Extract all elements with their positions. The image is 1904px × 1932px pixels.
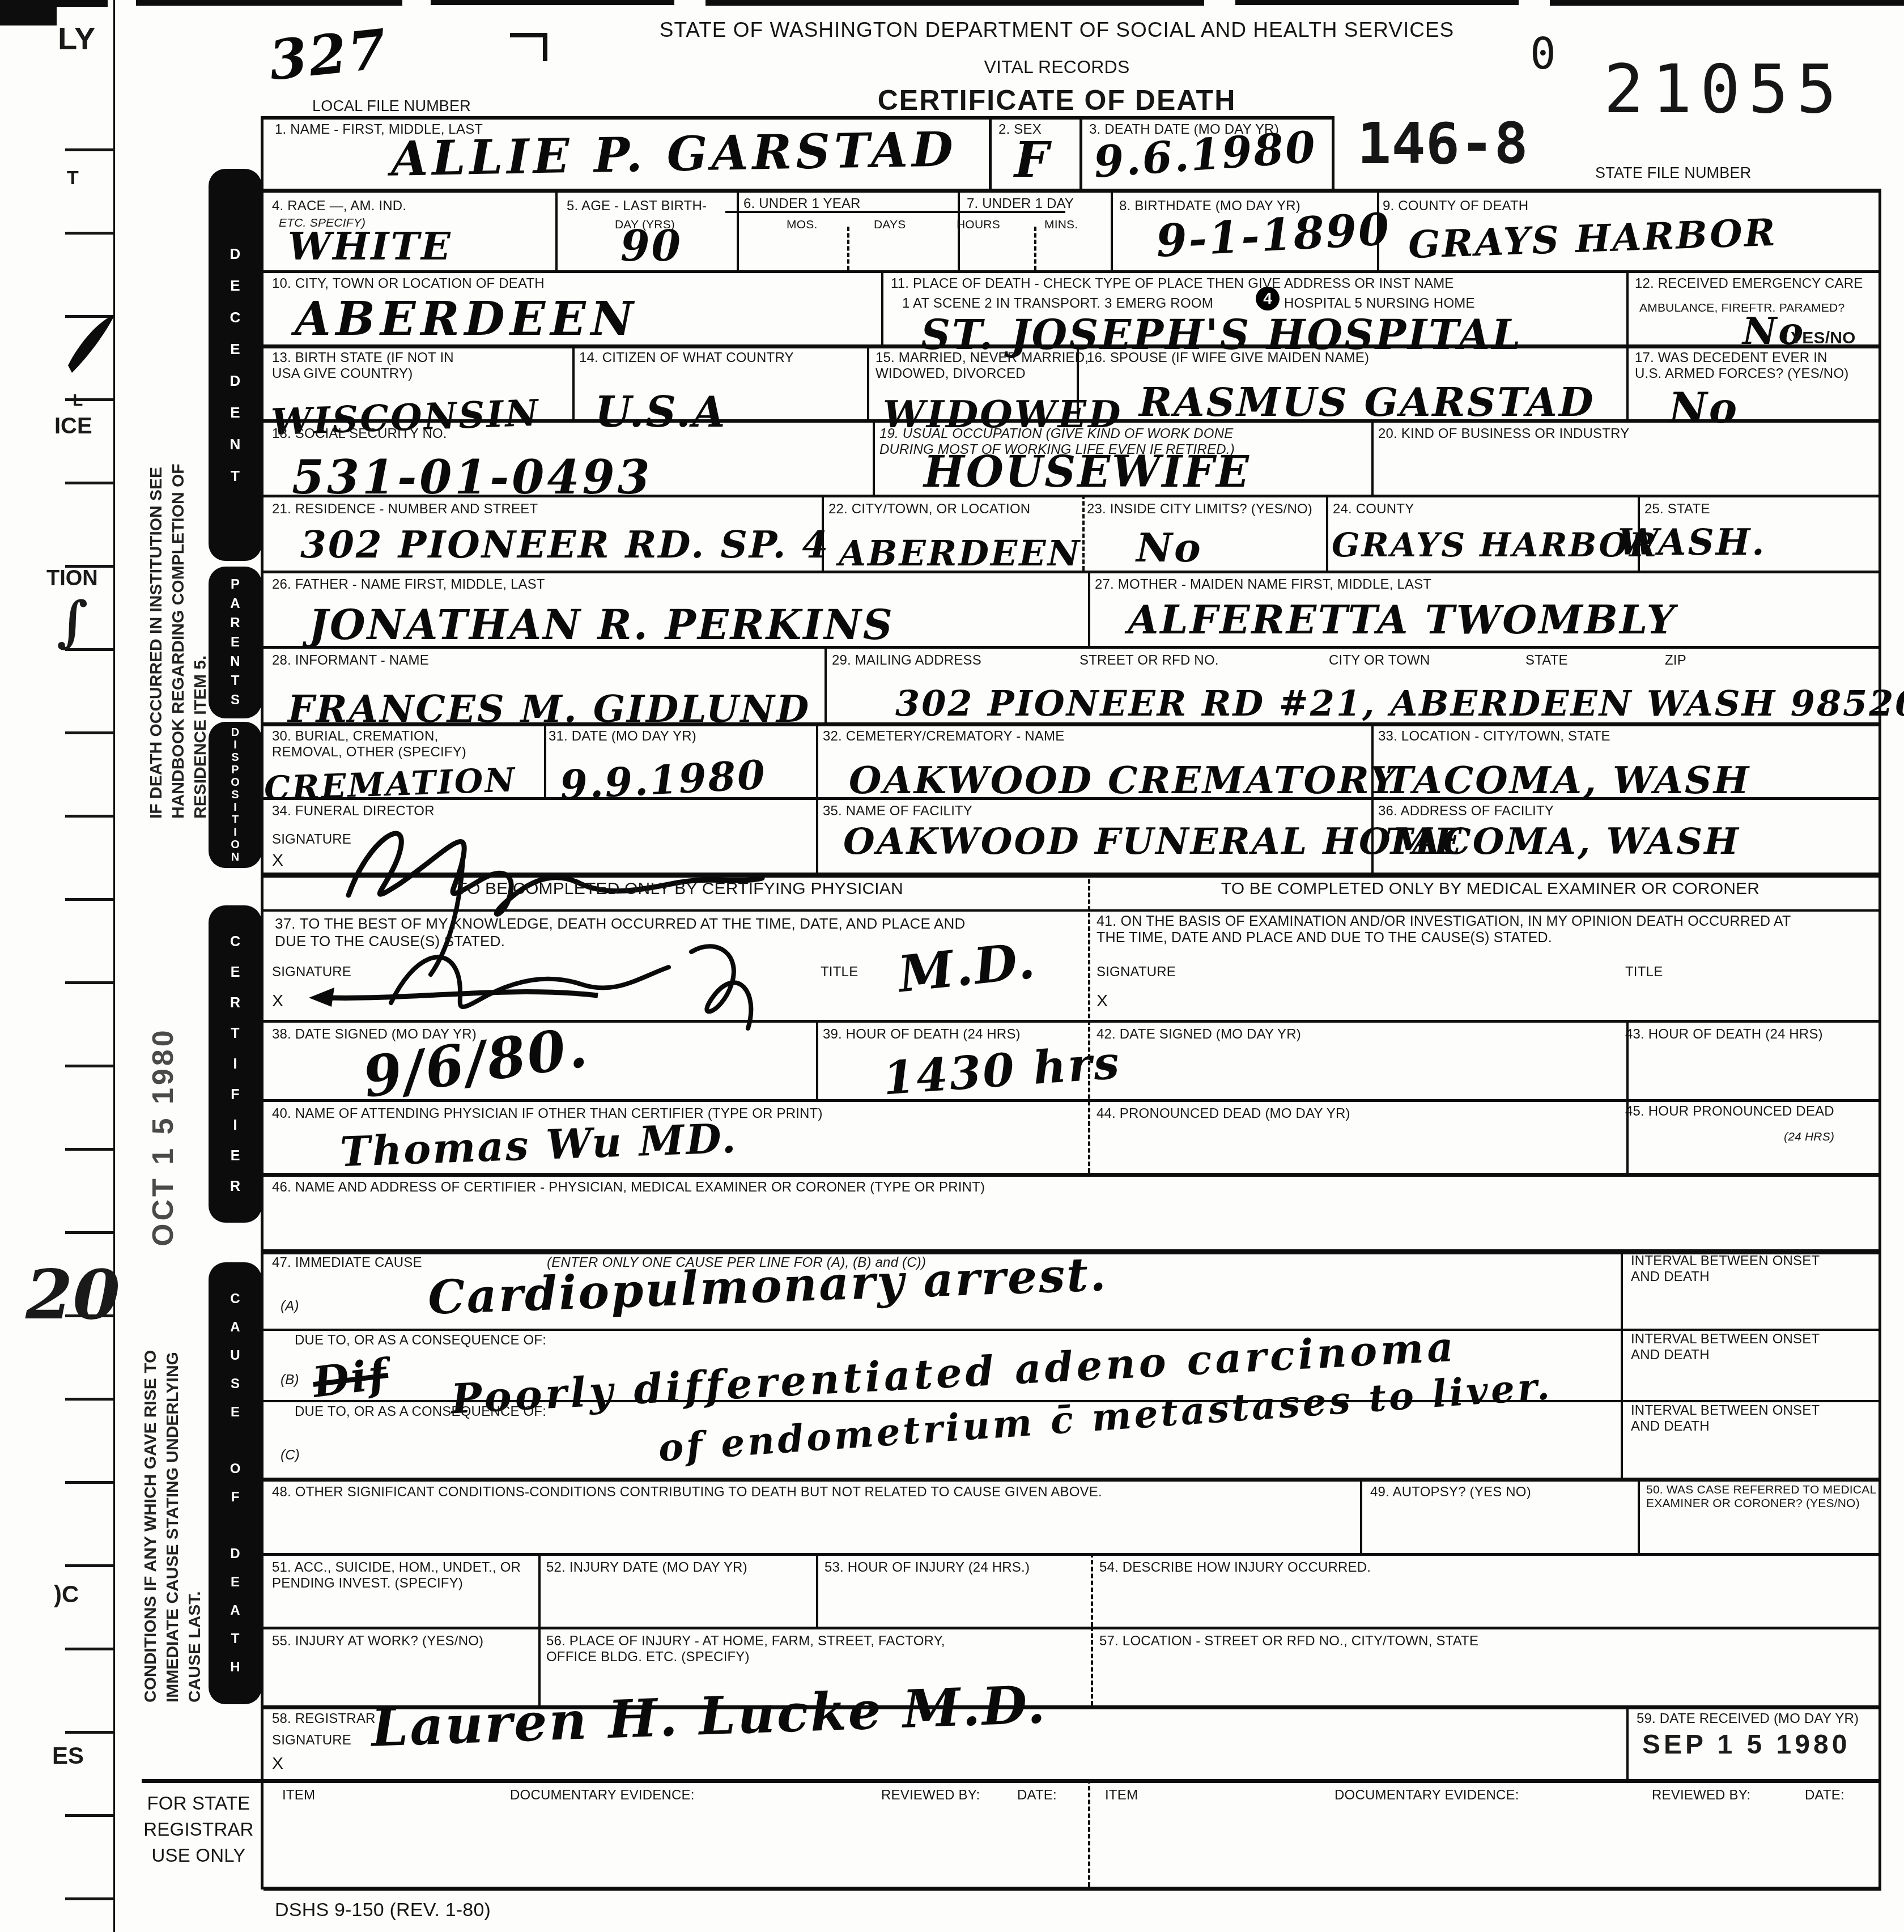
scan-artifact [0,0,108,7]
state-file-number-label: STATE FILE NUMBER [1595,164,1751,182]
city-limits-value: No [1136,524,1202,571]
grid-line [816,1553,818,1627]
injury-at-work-label: 55. INJURY AT WORK? (YES/NO) [272,1633,483,1649]
date-received-stamp: SEP 1 5 1980 [1642,1729,1850,1760]
grid-line [881,270,883,344]
disposition-type-label: 30. BURIAL, CREMATION, REMOVAL, OTHER (S… [272,729,466,760]
facility-name-value: OAKWOOD FUNERAL HOME [843,820,1463,863]
spouse-label: 16. SPOUSE (IF WIFE GIVE MAIDEN NAME) [1087,350,1369,366]
race-value: WHITE [288,224,452,269]
scan-artifact [1235,0,1519,5]
age-value: 90 [620,222,682,271]
grid-line [1034,227,1036,270]
under-1-year-mos-label: MOS. [787,218,817,232]
review-date-label-2: DATE: [1805,1788,1844,1803]
under-1-day-hours-label: HOURS [957,218,1000,232]
examiner-signature-label: SIGNATURE [1096,964,1176,980]
name-value: ALLIE P. GARSTAD [390,121,957,186]
grid-line [1626,1020,1629,1173]
division-title: VITAL RECORDS [623,57,1490,78]
city-of-death-label: 10. CITY, TOWN OR LOCATION OF DEATH [272,276,545,292]
form-number-label: DSHS 9-150 (REV. 1-80) [275,1899,491,1921]
armed-forces-label: 17. WAS DECEDENT EVER IN U.S. ARMED FORC… [1635,350,1848,382]
grid-line [1088,571,1090,646]
section-bar-certifier: C E R T I F I E R [209,905,262,1223]
mother-name-label: 27. MOTHER - MAIDEN NAME FIRST, MIDDLE, … [1095,577,1431,593]
margin-fragment: L [73,391,83,410]
residence-city-label: 22. CITY/TOWN, OR LOCATION [828,501,1030,517]
margin-fragment: )C [54,1581,79,1608]
grid-line [261,1553,1881,1556]
examiner-date-signed-label: 42. DATE SIGNED (MO DAY YR) [1096,1027,1301,1042]
father-name-value: JONATHAN R. PERKINS [309,601,894,649]
margin-fragment: ∫ [57,589,88,653]
how-injury-occurred-label: 54. DESCRIBE HOW INJURY OCCURRED. [1099,1560,1371,1576]
immediate-cause-label: 47. IMMEDIATE CAUSE [272,1255,422,1271]
injury-location-label: 57. LOCATION - STREET OR RFD NO., CITY/T… [1099,1633,1478,1649]
review-date-label-1: DATE: [1017,1788,1057,1803]
informant-label: 28. INFORMANT - NAME [272,653,429,669]
cause-line-a-tag: (A) [280,1299,299,1314]
industry-label: 20. KIND OF BUSINESS OR INDUSTRY [1378,426,1629,442]
medical-examiner-section-header: TO BE COMPLETED ONLY BY MEDICAL EXAMINER… [1128,879,1853,899]
interval-label-c: INTERVAL BETWEEN ONSET AND DEATH [1631,1403,1820,1435]
death-certificate-scan: LY T L ICE TION ∫ 20 )C ES IF DEATH OCCU… [0,0,1904,1932]
under-1-day-label: 7. UNDER 1 DAY [967,196,1074,212]
hour-of-injury-label: 53. HOUR OF INJURY (24 HRS.) [824,1560,1030,1576]
grid-line [1626,270,1629,344]
emergency-care-yesno-label: YES/NO [1791,329,1856,348]
due-to-label-1: DUE TO, OR AS A CONSEQUENCE OF: [295,1333,546,1348]
review-doc-evidence-label-2: DOCUMENTARY EVIDENCE: [1334,1788,1519,1803]
other-conditions-label: 48. OTHER SIGNIFICANT CONDITIONS-CONDITI… [272,1484,1102,1500]
grid-line [261,189,1881,193]
grid-line [737,191,739,270]
residence-county-value: GRAYS HARBOR [1332,526,1658,564]
place-of-injury-label: 56. PLACE OF INJURY - AT HOME, FARM, STR… [546,1633,945,1665]
grid-line [572,344,575,419]
grid-line [816,797,818,873]
grid-line [1371,419,1374,495]
facility-address-value: TACOMA, WASH [1385,820,1740,863]
funeral-director-x-label: X [272,851,283,870]
autopsy-label: 49. AUTOPSY? (YES NO) [1370,1484,1531,1500]
under-1-year-days-label: DAYS [874,218,906,232]
corner-bracket-mark [510,33,547,61]
birth-state-label: 13. BIRTH STATE (IF NOT IN USA GIVE COUN… [272,350,454,382]
grid-line [263,1887,1881,1891]
grid-line [1621,1249,1623,1478]
referred-to-examiner-label: 50. WAS CASE REFERRED TO MEDICAL EXAMINE… [1646,1483,1876,1510]
city-of-death-value: ABERDEEN [295,292,639,346]
manner-of-death-label: 51. ACC., SUICIDE, HOM., UNDET., OR PEND… [272,1560,521,1591]
residence-street-value: 302 PIONEER RD. SP. 4 [300,522,830,567]
registrar-label: 58. REGISTRAR [272,1711,376,1727]
residence-state-value: WASH. [1618,521,1766,564]
date-received-label: 59. DATE RECEIVED (MO DAY YR) [1637,1711,1859,1727]
certifier-signature-label: SIGNATURE [272,964,351,980]
margin-fragment: T [67,167,79,189]
facility-address-label: 36. ADDRESS OF FACILITY [1378,803,1554,819]
mailing-zip-sublabel: ZIP [1665,653,1686,669]
grid-line [1626,344,1629,419]
grid-line [989,116,992,189]
grid-line [261,1627,1881,1629]
review-item-label-1: ITEM [282,1788,315,1803]
mailing-street-sublabel: STREET OR RFD NO. [1079,653,1219,669]
place-of-death-options-post: HOSPITAL 5 NURSING HOME [1284,296,1475,312]
review-reviewed-by-label-2: REVIEWED BY: [1652,1788,1750,1803]
grid-line [261,116,1334,120]
funeral-director-signature [314,805,779,926]
grid-line [1360,1478,1362,1553]
received-date-stamp-vertical: OCT 1 5 1980 [146,997,180,1246]
grid-line [1088,1779,1090,1887]
interval-label-b: INTERVAL BETWEEN ONSET AND DEATH [1631,1331,1820,1363]
ssn-label: 18. SOCIAL SECURITY NO. [272,426,447,442]
grid-line [1626,1705,1629,1779]
ssn-value: 531-01-0493 [292,450,653,505]
hour-of-death-label: 39. HOUR OF DEATH (24 HRS) [823,1027,1021,1042]
sidebar-note-conditions: CONDITIONS IF ANY WHICH GAVE RISE TO IMM… [139,1249,206,1703]
injury-date-label: 52. INJURY DATE (MO DAY YR) [546,1560,747,1576]
state-file-number-value: 21055 [1604,50,1844,128]
grid-line [538,1553,541,1627]
section-bar-decedent: D E C E D E N T [209,169,262,561]
examiner-title-label: TITLE [1625,964,1663,980]
place-of-death-options-pre: 1 AT SCENE 2 IN TRANSPORT. 3 EMERG ROOM [902,296,1213,312]
sex-value: F [1014,131,1051,189]
grid-line [1326,495,1328,571]
section-bar-disposition: D I S P O S I T I O N [209,722,262,868]
cause-line-b-struck-word: Dif [310,1350,391,1407]
mother-name-value: ALFERETTA TWOMBLY [1128,596,1677,643]
local-file-number-value: 327 [266,16,391,92]
mailing-address-value: 302 PIONEER RD #21, ABERDEEN WASH 98520 [895,683,1904,724]
review-doc-evidence-label-1: DOCUMENTARY EVIDENCE: [510,1788,695,1803]
crematory-name-label: 32. CEMETERY/CREMATORY - NAME [823,729,1064,744]
certifier-name-address-label: 46. NAME AND ADDRESS OF CERTIFIER - PHYS… [272,1180,985,1195]
crematory-location-value: TACOMA, WASH [1385,758,1750,802]
mailing-city-sublabel: CITY OR TOWN [1329,653,1430,669]
citizen-value: U.S.A [595,388,726,437]
scan-artifact [1550,0,1904,6]
due-to-label-2: DUE TO, OR AS A CONSEQUENCE OF: [295,1404,546,1420]
residence-county-label: 24. COUNTY [1333,501,1414,517]
grid-line [1082,495,1085,571]
grid-line [261,1173,1881,1177]
county-of-death-value: GRAYS HARBOR [1408,210,1778,267]
occupation-value: HOUSEWIFE [924,446,1251,497]
review-reviewed-by-label-1: REVIEWED BY: [881,1788,980,1803]
place-of-death-option-marked: 4 [1256,287,1280,310]
grid-line [261,1329,1881,1331]
certifying-physician-section-header: TO BE COMPLETED ONLY BY CERTIFYING PHYSI… [340,879,1020,899]
grid-line [544,722,546,797]
margin-fragment: ES [52,1742,84,1769]
examiner-x-label: X [1096,991,1108,1011]
grid-line [261,1099,1881,1102]
margin-fragment: 20 [25,1255,120,1335]
marital-status-label: 15. MARRIED, NEVER MARRIED, WIDOWED, DIV… [875,350,1089,382]
margin-ink-blob [65,312,119,377]
informant-value: FRANCES M. GIDLUND [288,687,810,731]
grid-line [1332,116,1334,189]
grid-line [261,270,1881,273]
spouse-value: RASMUS GARSTAD [1139,378,1595,425]
margin-fragment: ICE [54,414,92,439]
crematory-location-label: 33. LOCATION - CITY/TOWN, STATE [1378,729,1610,744]
emergency-care-label: 12. RECEIVED EMERGENCY CARE [1635,276,1863,292]
grid-line [873,419,875,495]
disposition-date-value: 9.9.1980 [559,751,768,809]
grid-line [1079,116,1082,189]
grid-line [1878,189,1881,1888]
mailing-address-label: 29. MAILING ADDRESS [832,653,981,669]
pronounced-dead-label: 44. PRONOUNCED DEAD (MO DAY YR) [1096,1106,1350,1122]
hour-pronounced-dead-label: 45. HOUR PRONOUNCED DEAD [1625,1104,1834,1120]
state-registrar-use-label: FOR STATE REGISTRAR USE ONLY [138,1790,260,1869]
cause-line-a-value: Cardiopulmonary arrest. [427,1247,1108,1325]
disposition-date-label: 31. DATE (MO DAY YR) [549,729,696,744]
margin-fragment: TION [46,567,98,591]
cause-line-b-tag: (B) [280,1372,299,1388]
armed-forces-value: No [1669,384,1739,433]
hour-pronounced-dead-label2: (24 HRS) [1784,1130,1834,1144]
place-of-death-label: 11. PLACE OF DEATH - CHECK TYPE OF PLACE… [891,276,1454,292]
attending-physician-value: Thomas Wu MD. [339,1114,738,1176]
residence-city-value: ABERDEEN [839,533,1081,574]
mailing-state-sublabel: STATE [1525,653,1568,669]
hour-of-death-value: 1430 hrs [881,1035,1122,1105]
grid-line [1111,191,1113,270]
disposition-type-value: CREMATION [263,760,517,808]
grid-line [1638,1478,1640,1553]
grid-line [261,116,263,1890]
state-file-prefix: 0 [1530,28,1556,79]
grid-line [824,646,827,722]
facility-name-label: 35. NAME OF FACILITY [823,803,972,819]
registrar-x-label: X [272,1754,283,1773]
grid-line [555,191,558,270]
race-label: 4. RACE —, AM. IND. [272,198,406,214]
examiner-hour-of-death-label: 43. HOUR OF DEATH (24 HRS) [1625,1027,1823,1042]
county-of-death-label: 9. COUNTY OF DEATH [1383,198,1528,214]
grid-line [816,1020,818,1099]
certifier-x-label: X [272,991,283,1011]
registrar-signature-label: SIGNATURE [272,1733,351,1748]
section-bar-parents: P A R E N T S [209,567,262,718]
grid-line [1091,1627,1093,1705]
scan-artifact [431,0,674,5]
age-label: 5. AGE - LAST BIRTH- [567,198,707,214]
crematory-name-value: OAKWOOD CREMATORY [849,758,1398,802]
scan-artifact [705,0,1204,6]
residence-street-label: 21. RESIDENCE - NUMBER AND STREET [272,501,538,517]
cause-line-c-tag: (C) [280,1448,300,1463]
form-code-number: 146-8 [1357,110,1528,177]
examiner-statement-label: 41. ON THE BASIS OF EXAMINATION AND/OR I… [1096,913,1791,946]
interval-label-a: INTERVAL BETWEEN ONSET AND DEATH [1631,1253,1820,1285]
certifier-title-label: TITLE [821,964,858,980]
residence-state-label: 25. STATE [1644,501,1710,517]
review-item-label-2: ITEM [1105,1788,1138,1803]
sidebar-note-institution: IF DEATH OCCURRED IN INSTITUTION SEE HAN… [145,144,211,819]
grid-line [816,722,818,797]
margin-fragment: LY [58,20,95,57]
grid-line [142,1779,1881,1783]
city-limits-label: 23. INSIDE CITY LIMITS? (YES/NO) [1087,501,1312,517]
grid-line [847,227,849,270]
local-file-number-label: LOCAL FILE NUMBER [312,97,471,115]
grid-line [1088,873,1090,1173]
grid-line [867,344,869,419]
registrar-signature-value: Lauren H. Lucke M.D. [370,1674,1047,1759]
section-bar-cause-of-death: C A U S E O F D E A T H [209,1262,262,1704]
under-1-year-label: 6. UNDER 1 YEAR [743,196,861,212]
agency-title: STATE OF WASHINGTON DEPARTMENT OF SOCIAL… [623,18,1490,42]
grid-line [1091,1553,1093,1627]
under-1-day-mins-label: MINS. [1044,218,1078,232]
father-name-label: 26. FATHER - NAME FIRST, MIDDLE, LAST [272,577,545,593]
scan-artifact [136,0,402,6]
attending-physician-label: 40. NAME OF ATTENDING PHYSICIAN IF OTHER… [272,1106,823,1122]
citizen-label: 14. CITIZEN OF WHAT COUNTRY [579,350,794,366]
